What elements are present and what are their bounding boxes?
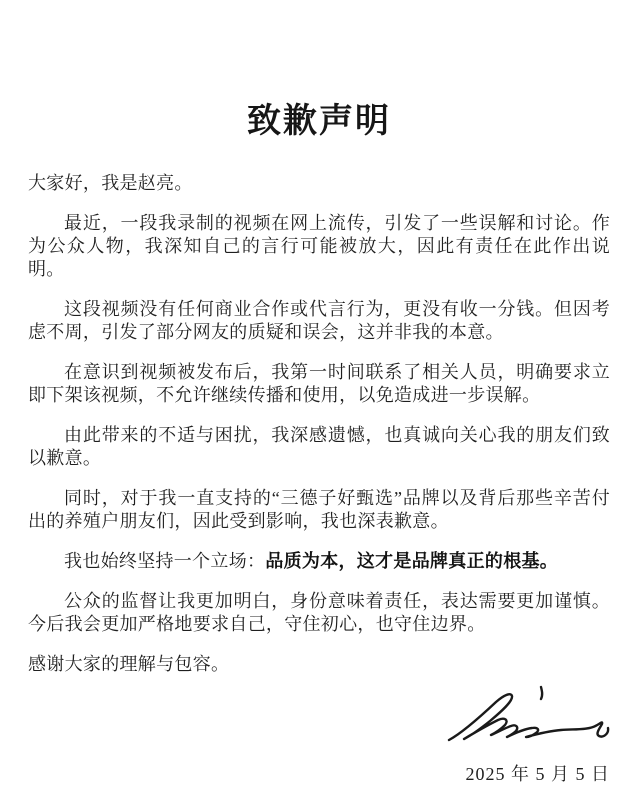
paragraph-stance: 我也始终坚持一个立场：品质为本，这才是品牌真正的根基。 [28, 550, 610, 573]
paragraph-apology: 由此带来的不适与困扰，我深感遗憾，也真诚向关心我的朋友们致以歉意。 [28, 424, 610, 470]
date-line: 2025 年 5 月 5 日 [466, 760, 611, 786]
paragraph-context: 最近，一段我录制的视频在网上流传，引发了一些误解和讨论。作为公众人物，我深知自己… [28, 212, 610, 281]
paragraph-brand-apology: 同时，对于我一直支持的“三德子好甄选”品牌以及背后那些辛苦付出的养殖户朋友们，因… [28, 487, 610, 533]
statement-body: 大家好，我是赵亮。 最近，一段我录制的视频在网上流传，引发了一些误解和讨论。作为… [28, 172, 610, 676]
paragraph-commitment: 公众的监督让我更加明白，身份意味着责任，表达需要更加谨慎。今后我会更加严格地要求… [28, 590, 610, 636]
paragraph-closing: 感谢大家的理解与包容。 [28, 653, 610, 676]
signature-image [444, 683, 616, 747]
stance-bold-text: 品质为本，这才是品牌真正的根基。 [265, 551, 558, 571]
paragraph-no-commercial: 这段视频没有任何商业合作或代言行为，更没有收一分钱。但因考虑不周，引发了部分网友… [28, 298, 610, 344]
stance-lead-text: 我也始终坚持一个立场： [64, 551, 265, 571]
paragraph-takedown: 在意识到视频被发布后，我第一时间联系了相关人员，明确要求立即下架该视频，不允许继… [28, 361, 610, 407]
statement-title: 致歉声明 [28, 0, 610, 144]
apology-statement-page: 致歉声明 大家好，我是赵亮。 最近，一段我录制的视频在网上流传，引发了一些误解和… [0, 0, 640, 810]
paragraph-greeting: 大家好，我是赵亮。 [28, 172, 610, 195]
